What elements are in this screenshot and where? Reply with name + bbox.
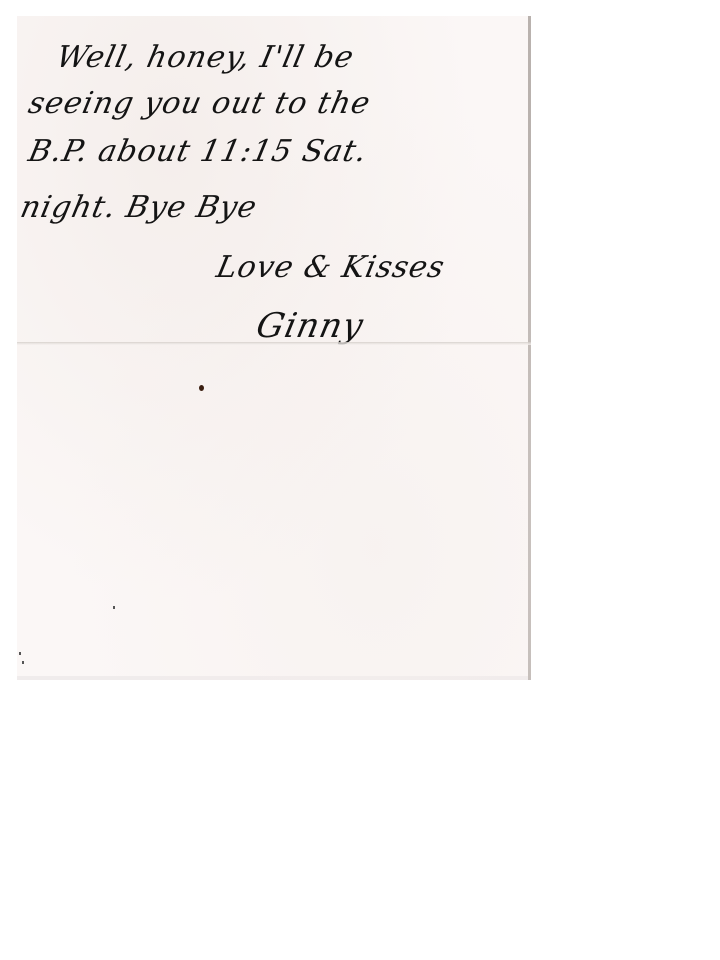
ink-spot (199, 385, 204, 391)
letter-line-4: night. Bye Bye (17, 190, 260, 225)
letter-closing: Love & Kisses (213, 250, 448, 285)
letter-line-3: B.P. about 11:15 Sat. (25, 134, 370, 169)
letter-line-2: seeing you out to the (25, 86, 374, 121)
letter-line-1: Well, honey, I'll be (53, 40, 357, 75)
paper-fold-line (17, 342, 531, 345)
paper-speck (22, 661, 24, 664)
paper-speck (19, 652, 21, 655)
letter-page: Well, honey, I'll be seeing you out to t… (17, 16, 531, 680)
paper-speck (113, 606, 115, 609)
letter-signature: Ginny (253, 306, 368, 346)
